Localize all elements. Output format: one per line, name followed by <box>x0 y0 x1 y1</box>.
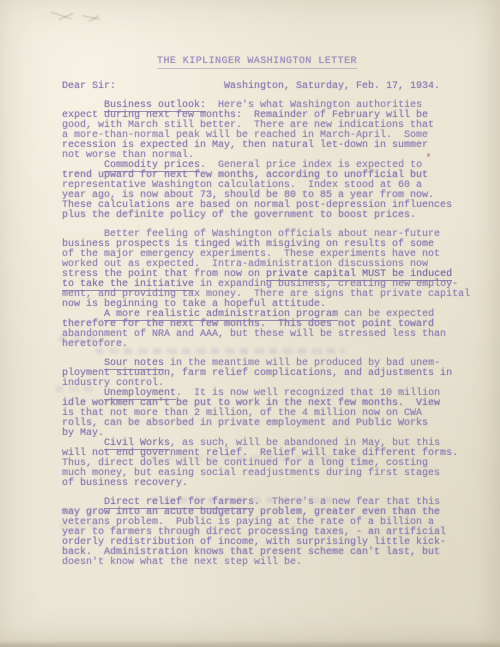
letter-content: THE KIPLINGER WASHINGTON LETTER Dear Sir… <box>62 57 482 568</box>
paragraph: Direct relief for farmers. There's a new… <box>62 498 482 568</box>
crease-mark <box>82 15 100 20</box>
text-line: heretofore. <box>62 340 482 350</box>
text-run: plus the definite policy of the governme… <box>62 210 416 221</box>
dateline: Washington, Saturday, Feb. 17, 1934. <box>224 82 440 92</box>
text-line: plus the definite policy of the governme… <box>62 211 482 221</box>
text-line: of business recovery. <box>62 479 482 489</box>
crease-mark <box>89 15 100 22</box>
letter-page: THE KIPLINGER WASHINGTON LETTER Dear Sir… <box>0 0 500 647</box>
text-run: doesn't know what the next step will be. <box>62 557 302 568</box>
text-line: doesn't know what the next step will be. <box>62 558 482 568</box>
letter-title: THE KIPLINGER WASHINGTON LETTER <box>157 57 357 69</box>
salutation-row: Dear Sir: Washington, Saturday, Feb. 17,… <box>62 82 482 92</box>
paragraph: Better feeling of Washington officials a… <box>62 230 482 310</box>
crease-mark <box>50 12 71 20</box>
paragraph: Civil Works, as such, will be abandoned … <box>62 439 482 489</box>
paragraph: Unemployment. It is now well recognized … <box>62 389 482 439</box>
crease-mark <box>58 13 73 20</box>
text-run: heretofore. <box>62 339 128 350</box>
paragraph: Sour notes in the meantime will be produ… <box>62 359 482 389</box>
text-run: rolls, can be absorbed in private employ… <box>62 418 428 429</box>
salutation: Dear Sir: <box>62 82 116 92</box>
letter-body: Business outlook: Here's what Washington… <box>62 101 482 568</box>
letter-header: THE KIPLINGER WASHINGTON LETTER <box>62 57 452 69</box>
text-run: of business recovery. <box>62 478 188 489</box>
paragraph: A more realistic administration program … <box>62 310 482 350</box>
paragraph: Business outlook: Here's what Washington… <box>62 101 482 161</box>
paragraph: Commodity prices. General price index is… <box>62 161 482 221</box>
text-line: rolls, can be absorbed in private employ… <box>62 419 482 429</box>
